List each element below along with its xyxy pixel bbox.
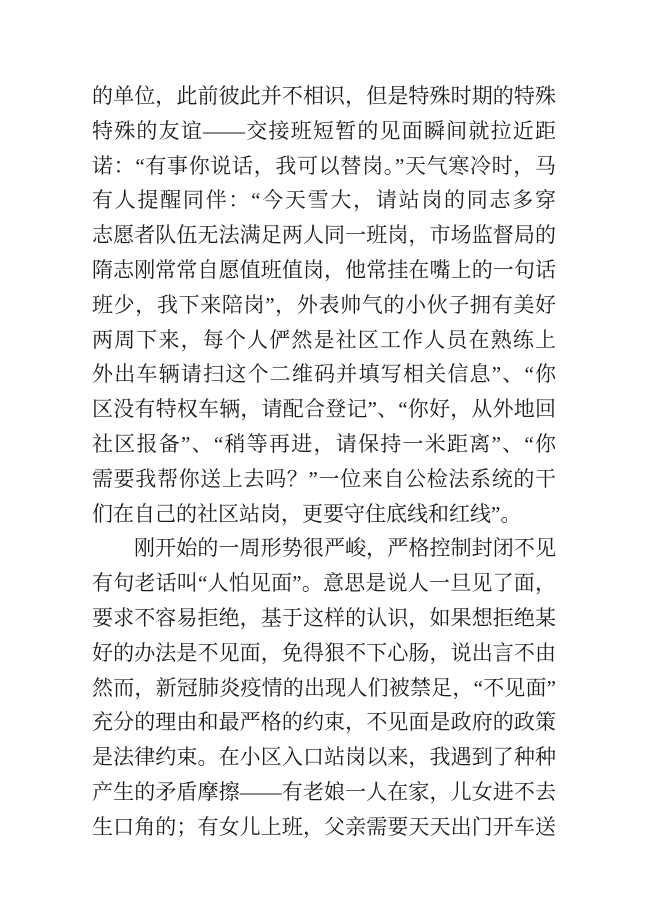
- text-line: 充分的理由和最严格的约束，不见面是政府的政策要求，也: [92, 705, 556, 740]
- text-line: 特殊的友谊——交接班短暂的见面瞬间就拉近距离，互相承: [92, 114, 556, 149]
- text-line: 两周下来，每个人俨然是社区工作人员在熟练上岗：“你好，: [92, 323, 556, 358]
- text-line: 好的办法是不见面，免得狠不下心肠，说出言不由衷的话语。: [92, 636, 556, 671]
- paragraph-1: 的单位，此前彼此并不相识，但是特殊时期的特殊使命形成 特殊的友谊——交接班短暂的…: [92, 79, 556, 531]
- text-line: 需要我帮你送上去吗？”一位来自公检法系统的干部说：“咱: [92, 462, 556, 497]
- text-line: 是法律约束。在小区入口站岗以来，我遇到了种种为进小区: [92, 740, 556, 775]
- document-page: 的单位，此前彼此并不相识，但是特殊时期的特殊使命形成 特殊的友谊——交接班短暂的…: [0, 0, 650, 919]
- text-line: 刚开始的一周形势很严峻，严格控制封闭不见面，中国: [92, 531, 556, 566]
- text-line: 们在自己的社区站岗，更要守住底线和红线”。: [92, 497, 556, 532]
- paragraph-2: 刚开始的一周形势很严峻，严格控制封闭不见面，中国 有句老话叫“人怕见面”。意思是…: [92, 531, 556, 844]
- text-line: 然而，新冠肺炎疫情的出现人们被禁足，“不见面”有了最: [92, 671, 556, 706]
- text-line: 有人提醒同伴：“今天雪大，请站岗的同志多穿点。” 看到: [92, 183, 556, 218]
- text-line: 产生的矛盾摩擦——有老娘一人在家，儿女进不去小区门发: [92, 775, 556, 810]
- text-line: 诺：“有事你说话，我可以替岗。”天气寒冷时，马上群里就: [92, 149, 556, 184]
- text-line: 区没有特权车辆，请配合登记”、“你好，从外地回哈，需要: [92, 392, 556, 427]
- text-line: 有句老话叫“人怕见面”。意思是说人一旦见了面，提出的: [92, 566, 556, 601]
- text-line: 志愿者队伍无法满足两人同一班岗，市场监督局的年轻党员: [92, 218, 556, 253]
- text-line: 隋志刚常常自愿值班值岗，他常挂在嘴上的一句话是：“排: [92, 253, 556, 288]
- document-text: 的单位，此前彼此并不相识，但是特殊时期的特殊使命形成 特殊的友谊——交接班短暂的…: [92, 79, 556, 845]
- text-line: 生口角的；有女儿上班，父亲需要天天出门开车送的；有执: [92, 810, 556, 845]
- text-line: 社区报备”、“稍等再进，请保持一米距离”、“你好，东西多，: [92, 427, 556, 462]
- text-line: 的单位，此前彼此并不相识，但是特殊时期的特殊使命形成: [92, 79, 556, 114]
- text-line: 班少，我下来陪岗”，外表帅气的小伙子拥有美好的心灵。: [92, 288, 556, 323]
- text-line: 外出车辆请扫这个二维码并填写相关信息”、“你好，这个小: [92, 357, 556, 392]
- text-line: 要求不容易拒绝，基于这样的认识，如果想拒绝某人某事最: [92, 601, 556, 636]
